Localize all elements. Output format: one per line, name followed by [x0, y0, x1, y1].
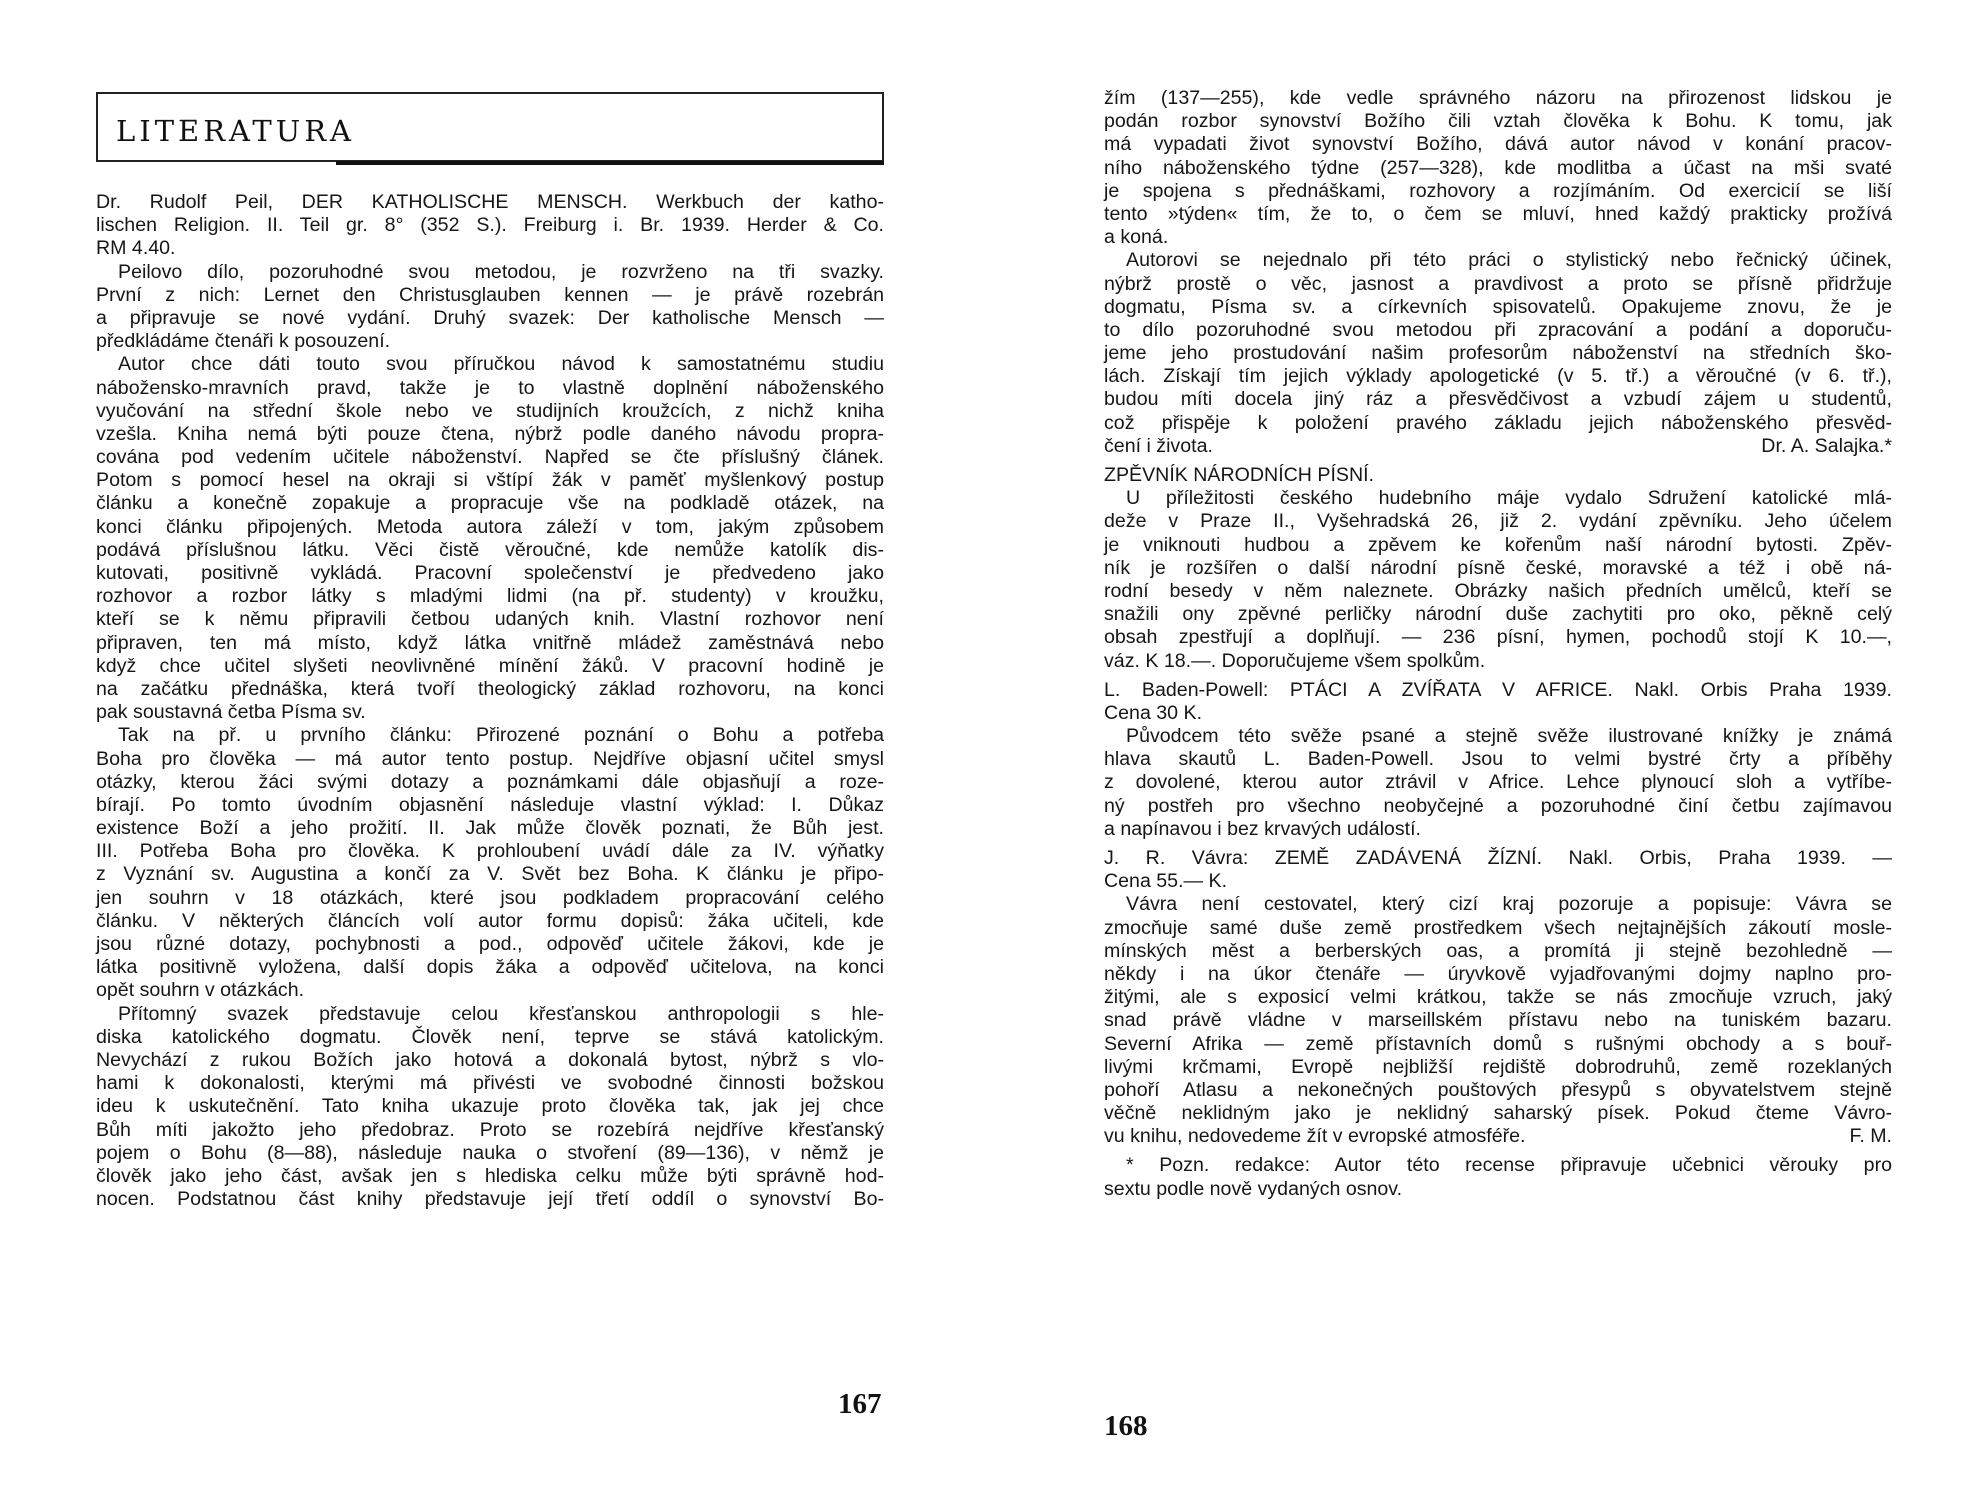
text-line-content: rodní besedy v něm naleznete. Obrázky na… [1104, 580, 1892, 602]
text-line: váz. K 18.—. Doporučujeme všem spolkům. [1104, 650, 1892, 673]
text-line-content: lischen Religion. II. Teil gr. 8° (352 S… [96, 214, 884, 236]
text-line-content: ZPĚVNÍK NÁRODNÍCH PÍSNÍ. [1104, 464, 1374, 486]
text-line-content: livými krčmami, Evropě nejbližší rejdišt… [1104, 1056, 1892, 1078]
text-line: žitými, ale s exposicí velmi krátkou, ta… [1104, 986, 1892, 1009]
text-line: lischen Religion. II. Teil gr. 8° (352 S… [96, 214, 884, 237]
text-line: čení i života.Dr. A. Salajka.* [1104, 435, 1892, 458]
text-line: rodní besedy v něm naleznete. Obrázky na… [1104, 580, 1892, 603]
text-line: bírají. Po tomto úvodním objasnění násle… [96, 794, 884, 817]
text-line-content: čení i života. [1104, 435, 1213, 457]
text-line: J. R. Vávra: ZEMĚ ZADÁVENÁ ŽÍZNÍ. Nakl. … [1104, 847, 1892, 870]
text-line: U příležitosti českého hudebního máje vy… [1104, 487, 1892, 510]
text-line: pojem o Bohu (8—88), následuje nauka o s… [96, 1142, 884, 1165]
text-line-content: je spojena s přednáškami, rozhovory a ro… [1104, 180, 1892, 202]
text-line: věčně neklidným jako je neklidný saharsk… [1104, 1102, 1892, 1125]
text-line: otázky, kterou žáci svými dotazy a pozná… [96, 771, 884, 794]
text-line-content: U příležitosti českého hudebního máje vy… [1126, 487, 1892, 509]
text-line: a koná. [1104, 226, 1892, 249]
text-line-content: Přítomný svazek představuje celou křesťa… [118, 1003, 884, 1025]
text-line: tento »týden« tím, že to, o čem se mluví… [1104, 203, 1892, 226]
text-line: článku a konečně zopakuje a propracuje v… [96, 492, 884, 515]
text-line-content: zmocňuje samé duše země prostředkem všec… [1104, 917, 1892, 939]
text-line: Tak na př. u prvního článku: Přirozené p… [96, 724, 884, 747]
text-line-content: rozhovor a rozbor látky s mladými lidmi … [96, 585, 884, 607]
text-line-content: vu knihu, nedovedeme žít v evropské atmo… [1104, 1125, 1526, 1147]
text-line: Přítomný svazek představuje celou křesťa… [96, 1003, 884, 1026]
text-line-content: podán rozbor synovství Božího čili vztah… [1104, 110, 1892, 132]
text-line: diska katolického dogmatu. Člověk není, … [96, 1026, 884, 1049]
text-line-content: Dr. Rudolf Peil, DER KATHOLISCHE MENSCH.… [96, 191, 884, 213]
text-line-content: pak soustavná četba Písma sv. [96, 701, 366, 723]
text-line-content: existence Boží a jeho prožití. II. Jak m… [96, 817, 884, 839]
text-line-content: látka positivně vyložena, další dopis žá… [96, 956, 884, 978]
text-line-content: bírají. Po tomto úvodním objasnění násle… [96, 794, 884, 816]
text-line: z Vyznání sv. Augustina a končí za V. Sv… [96, 863, 884, 886]
text-line-content: snažili ony zpěvné perličky národní duše… [1104, 603, 1892, 625]
text-line-content: otázky, kterou žáci svými dotazy a pozná… [96, 771, 884, 793]
text-line-content: snad právě vládne v marseillském přístav… [1104, 1009, 1892, 1031]
text-line: pohoří Atlasu a nekonečných pouštových p… [1104, 1079, 1892, 1102]
text-line-content: Vávra není cestovatel, který cizí kraj p… [1126, 893, 1892, 915]
text-line: podává příslušnou látku. Věci čistě věro… [96, 539, 884, 562]
text-line: lách. Získají tím jejich výklady apologe… [1104, 365, 1892, 388]
text-line-content: žím (137—255), kde vedle správného názor… [1104, 87, 1892, 109]
text-line: kutovati, positivně vykládá. Pracovní sp… [96, 562, 884, 585]
section-header-box: LITERATURA [96, 92, 884, 162]
text-line-content: ný postřeh pro všechno neobyčejné a pozo… [1104, 795, 1892, 817]
text-line-content: lách. Získají tím jejich výklady apologe… [1104, 365, 1892, 387]
text-line: Peilovo dílo, pozoruhodné svou metodou, … [96, 261, 884, 284]
text-line-content: jsou různé dotazy, pochybnosti a pod., o… [96, 933, 884, 955]
text-line-content: článku a konečně zopakuje a propracuje v… [96, 492, 884, 514]
text-line: Severní Afrika — země přístavních domů s… [1104, 1033, 1892, 1056]
text-line-content: * Pozn. redakce: Autor této recense přip… [1126, 1154, 1892, 1176]
text-line-content: nýbrž prostě o věc, jasnost a pravdivost… [1104, 273, 1892, 295]
text-line-content: a koná. [1104, 226, 1168, 248]
text-line-content: pojem o Bohu (8—88), následuje nauka o s… [96, 1142, 884, 1164]
text-line-content: když chce učitel slyšeti neovlivněné mín… [96, 655, 884, 677]
text-line: RM 4.40. [96, 237, 884, 260]
text-line-content: diska katolického dogmatu. Člověk není, … [96, 1026, 884, 1048]
text-line-content: je vniknouti hudbou a zpěvem ke kořenům … [1104, 534, 1892, 556]
text-line-content: Severní Afrika — země přístavních domů s… [1104, 1033, 1892, 1055]
text-line: kteří se k němu připravili četbou udanýc… [96, 608, 884, 631]
text-line-content: vyučování na střední škole nebo ve studi… [96, 400, 884, 422]
text-line: obsah zpestřují a doplňují. — 236 písní,… [1104, 626, 1892, 649]
text-line: ního náboženského týdne (257—328), kde m… [1104, 157, 1892, 180]
text-line: hami k dokonalosti, kterými má přivésti … [96, 1072, 884, 1095]
text-line-content: nocen. Podstatnou část knihy představuje… [96, 1188, 884, 1210]
text-line-content: nábožensko-mravních pravd, takže je to v… [96, 377, 884, 399]
text-line: ideu k uskutečnění. Tato kniha ukazuje p… [96, 1095, 884, 1118]
text-line-content: z Vyznání sv. Augustina a končí za V. Sv… [96, 863, 884, 885]
text-line: což přispěje k položení pravého základu … [1104, 412, 1892, 435]
text-line-content: to dílo pozoruhodné svou metodou při zpr… [1104, 319, 1892, 341]
text-line: Potom s pomocí hesel na okraji si vštípí… [96, 469, 884, 492]
text-line-content: vzešla. Kniha nemá býti pouze čtena, nýb… [96, 423, 884, 445]
text-line: rozhovor a rozbor látky s mladými lidmi … [96, 585, 884, 608]
text-line: Původcem této svěže psané a stejně svěže… [1104, 725, 1892, 748]
text-line-content: hami k dokonalosti, kterými má přivésti … [96, 1072, 884, 1094]
text-line: cována pod vedením učitele náboženství. … [96, 446, 884, 469]
left-page-body: Dr. Rudolf Peil, DER KATHOLISCHE MENSCH.… [96, 191, 884, 1211]
text-line: když chce učitel slyšeti neovlivněné mín… [96, 655, 884, 678]
text-line-content: Autor chce dáti touto svou příručkou náv… [118, 353, 884, 375]
text-line: vu knihu, nedovedeme žít v evropské atmo… [1104, 1125, 1892, 1148]
text-line: zmocňuje samé duše země prostředkem všec… [1104, 917, 1892, 940]
text-line: opět souhrn v otázkách. [96, 979, 884, 1002]
text-line: vzešla. Kniha nemá býti pouze čtena, nýb… [96, 423, 884, 446]
text-line-content: Boha pro člověka — má autor tento postup… [96, 748, 884, 770]
text-line-content: a napínavou i bez krvavých událostí. [1104, 818, 1421, 840]
text-line: existence Boží a jeho prožití. II. Jak m… [96, 817, 884, 840]
text-line: snažili ony zpěvné perličky národní duše… [1104, 603, 1892, 626]
text-line: První z nich: Lernet den Christusglauben… [96, 284, 884, 307]
text-line-content: věčně neklidným jako je neklidný saharsk… [1104, 1102, 1892, 1124]
text-line-content: připraven, ten má místo, když látka vnit… [96, 632, 884, 654]
text-line: na začátku přednáška, která tvoří theolo… [96, 678, 884, 701]
text-line-content: a připravuje se nové vydání. Druhý svaze… [96, 307, 884, 329]
text-line: Boha pro člověka — má autor tento postup… [96, 748, 884, 771]
text-line-content: z dovolené, kterou autor ztrávil v Afric… [1104, 771, 1892, 793]
section-header-title: LITERATURA [116, 114, 355, 148]
text-line-content: pohoří Atlasu a nekonečných pouštových p… [1104, 1079, 1892, 1101]
text-line: livými krčmami, Evropě nejbližší rejdišt… [1104, 1056, 1892, 1079]
text-line: podán rozbor synovství Božího čili vztah… [1104, 110, 1892, 133]
text-line-content: tento »týden« tím, že to, o čem se mluví… [1104, 203, 1892, 225]
text-line-content: J. R. Vávra: ZEMĚ ZADÁVENÁ ŽÍZNÍ. Nakl. … [1104, 847, 1892, 869]
text-line: jsou různé dotazy, pochybnosti a pod., o… [96, 933, 884, 956]
text-line-content: cována pod vedením učitele náboženství. … [96, 446, 884, 468]
text-line: má vypadati život synovství Božího, dává… [1104, 133, 1892, 156]
text-line: sextu podle nově vydaných osnov. [1104, 1178, 1892, 1201]
text-line: hlava skautů L. Baden-Powell. Jsou to ve… [1104, 748, 1892, 771]
page-number-left: 167 [838, 1388, 882, 1421]
text-line-content: má vypadati život synovství Božího, dává… [1104, 133, 1892, 155]
text-line-content: sextu podle nově vydaných osnov. [1104, 1178, 1402, 1200]
review-signature: F. M. [1850, 1125, 1892, 1148]
text-line-content: ideu k uskutečnění. Tato kniha ukazuje p… [96, 1095, 884, 1117]
text-line: z dovolené, kterou autor ztrávil v Afric… [1104, 771, 1892, 794]
text-line: III. Potřeba Boha pro člověka. K prohlou… [96, 840, 884, 863]
text-line-content: Cena 30 K. [1104, 702, 1202, 724]
text-line-content: konci článku připojených. Metoda autora … [96, 516, 884, 538]
right-page-body: žím (137—255), kde vedle správného názor… [1104, 87, 1892, 1201]
text-line: Cena 30 K. [1104, 702, 1892, 725]
text-line-content: Potom s pomocí hesel na okraji si vštípí… [96, 469, 884, 491]
text-line: Bůh míti jakožto jeho předobraz. Proto s… [96, 1119, 884, 1142]
text-line-content: deže v Praze II., Vyšehradská 26, již 2.… [1104, 510, 1892, 532]
text-line-content: váz. K 18.—. Doporučujeme všem spolkům. [1104, 650, 1485, 672]
text-line: * Pozn. redakce: Autor této recense přip… [1104, 1154, 1892, 1177]
text-line-content: Autorovi se nejednalo při této práci o s… [1126, 249, 1892, 271]
text-line: jeme jeho prostudování našim profesorům … [1104, 342, 1892, 365]
text-line-content: žitými, ale s exposicí velmi krátkou, ta… [1104, 986, 1892, 1008]
text-line-content: což přispěje k položení pravého základu … [1104, 412, 1892, 434]
text-line: člověk jako jeho část, avšak jen s hledi… [96, 1165, 884, 1188]
text-line: někdy i na úkor čtenáře — úryvkově vyjad… [1104, 963, 1892, 986]
text-line: žím (137—255), kde vedle správného názor… [1104, 87, 1892, 110]
text-line: je spojena s přednáškami, rozhovory a ro… [1104, 180, 1892, 203]
text-line: článku. V některých článcích volí autor … [96, 910, 884, 933]
text-line: Nevychází z rukou Božích jako hotová a d… [96, 1049, 884, 1072]
text-line-content: Bůh míti jakožto jeho předobraz. Proto s… [96, 1119, 884, 1141]
text-line-content: někdy i na úkor čtenáře — úryvkově vyjad… [1104, 963, 1892, 985]
text-line: snad právě vládne v marseillském přístav… [1104, 1009, 1892, 1032]
text-line: ník je rozšířen o další národní písně če… [1104, 557, 1892, 580]
text-line-content: RM 4.40. [96, 237, 176, 259]
text-line: budou míti docela jiný ráz a přesvědčivo… [1104, 388, 1892, 411]
text-line-content: jeme jeho prostudování našim profesorům … [1104, 342, 1892, 364]
text-line: to dílo pozoruhodné svou metodou při zpr… [1104, 319, 1892, 342]
text-line-content: článku. V některých článcích volí autor … [96, 910, 884, 932]
text-line: konci článku připojených. Metoda autora … [96, 516, 884, 539]
text-line: vyučování na střední škole nebo ve studi… [96, 400, 884, 423]
text-line-content: jen souhrn v 18 otázkách, které jsou pod… [96, 887, 884, 909]
text-line: připraven, ten má místo, když látka vnit… [96, 632, 884, 655]
text-line-content: budou míti docela jiný ráz a přesvědčivo… [1104, 388, 1892, 410]
text-line-content: kteří se k němu připravili četbou udanýc… [96, 608, 884, 630]
text-line-content: na začátku přednáška, která tvoří theolo… [96, 678, 884, 700]
text-line: a napínavou i bez krvavých událostí. [1104, 818, 1892, 841]
text-line: pak soustavná četba Písma sv. [96, 701, 884, 724]
text-line: látka positivně vyložena, další dopis žá… [96, 956, 884, 979]
text-line: nýbrž prostě o věc, jasnost a pravdivost… [1104, 273, 1892, 296]
text-line: jen souhrn v 18 otázkách, které jsou pod… [96, 887, 884, 910]
review-signature: Dr. A. Salajka.* [1761, 435, 1892, 458]
text-line: předkládáme čtenáři k posouzení. [96, 330, 884, 353]
text-line: dogmatu, Písma sv. a církevních spisovat… [1104, 296, 1892, 319]
page-number-right: 168 [1104, 1410, 1148, 1443]
text-line-content: hlava skautů L. Baden-Powell. Jsou to ve… [1104, 748, 1892, 770]
text-line: Autorovi se nejednalo při této práci o s… [1104, 249, 1892, 272]
text-line-content: člověk jako jeho část, avšak jen s hledi… [96, 1165, 884, 1187]
text-line-content: III. Potřeba Boha pro člověka. K prohlou… [96, 840, 884, 862]
text-line: mínských měst a berberských oas, a promí… [1104, 940, 1892, 963]
text-line-content: První z nich: Lernet den Christusglauben… [96, 284, 884, 306]
text-line: Dr. Rudolf Peil, DER KATHOLISCHE MENSCH.… [96, 191, 884, 214]
text-line-content: Původcem této svěže psané a stejně svěže… [1126, 725, 1892, 747]
text-line: Cena 55.— K. [1104, 870, 1892, 893]
text-line: ný postřeh pro všechno neobyčejné a pozo… [1104, 795, 1892, 818]
text-line: ZPĚVNÍK NÁRODNÍCH PÍSNÍ. [1104, 464, 1892, 487]
text-line-content: Nevychází z rukou Božích jako hotová a d… [96, 1049, 884, 1071]
text-line-content: Cena 55.— K. [1104, 870, 1227, 892]
text-line-content: předkládáme čtenáři k posouzení. [96, 330, 390, 352]
text-line: nábožensko-mravních pravd, takže je to v… [96, 377, 884, 400]
text-line: deže v Praze II., Vyšehradská 26, již 2.… [1104, 510, 1892, 533]
text-line: Autor chce dáti touto svou příručkou náv… [96, 353, 884, 376]
text-line: a připravuje se nové vydání. Druhý svaze… [96, 307, 884, 330]
text-line-content: dogmatu, Písma sv. a církevních spisovat… [1104, 296, 1892, 318]
text-line-content: opět souhrn v otázkách. [96, 979, 304, 1001]
text-line: Vávra není cestovatel, který cizí kraj p… [1104, 893, 1892, 916]
text-line-content: ník je rozšířen o další národní písně če… [1104, 557, 1892, 579]
text-line-content: Peilovo dílo, pozoruhodné svou metodou, … [118, 261, 884, 283]
text-line: L. Baden-Powell: PTÁCI A ZVÍŘATA V AFRIC… [1104, 679, 1892, 702]
text-line-content: kutovati, positivně vykládá. Pracovní sp… [96, 562, 884, 584]
text-line: nocen. Podstatnou část knihy představuje… [96, 1188, 884, 1211]
text-line: je vniknouti hudbou a zpěvem ke kořenům … [1104, 534, 1892, 557]
text-line-content: L. Baden-Powell: PTÁCI A ZVÍŘATA V AFRIC… [1104, 679, 1892, 701]
text-line-content: podává příslušnou látku. Věci čistě věro… [96, 539, 884, 561]
text-line-content: obsah zpestřují a doplňují. — 236 písní,… [1104, 626, 1892, 648]
text-line-content: mínských měst a berberských oas, a promí… [1104, 940, 1892, 962]
text-line-content: ního náboženského týdne (257—328), kde m… [1104, 157, 1892, 179]
text-line-content: Tak na př. u prvního článku: Přirozené p… [118, 724, 884, 746]
